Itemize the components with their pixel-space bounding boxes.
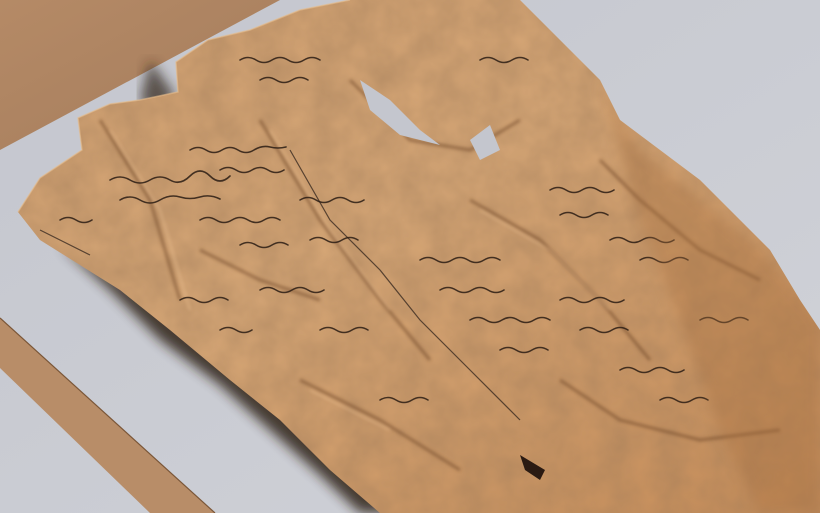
photo-scene: Crumpled aged paper fragment with handwr…: [0, 0, 820, 513]
photo-illustration: [0, 0, 820, 513]
